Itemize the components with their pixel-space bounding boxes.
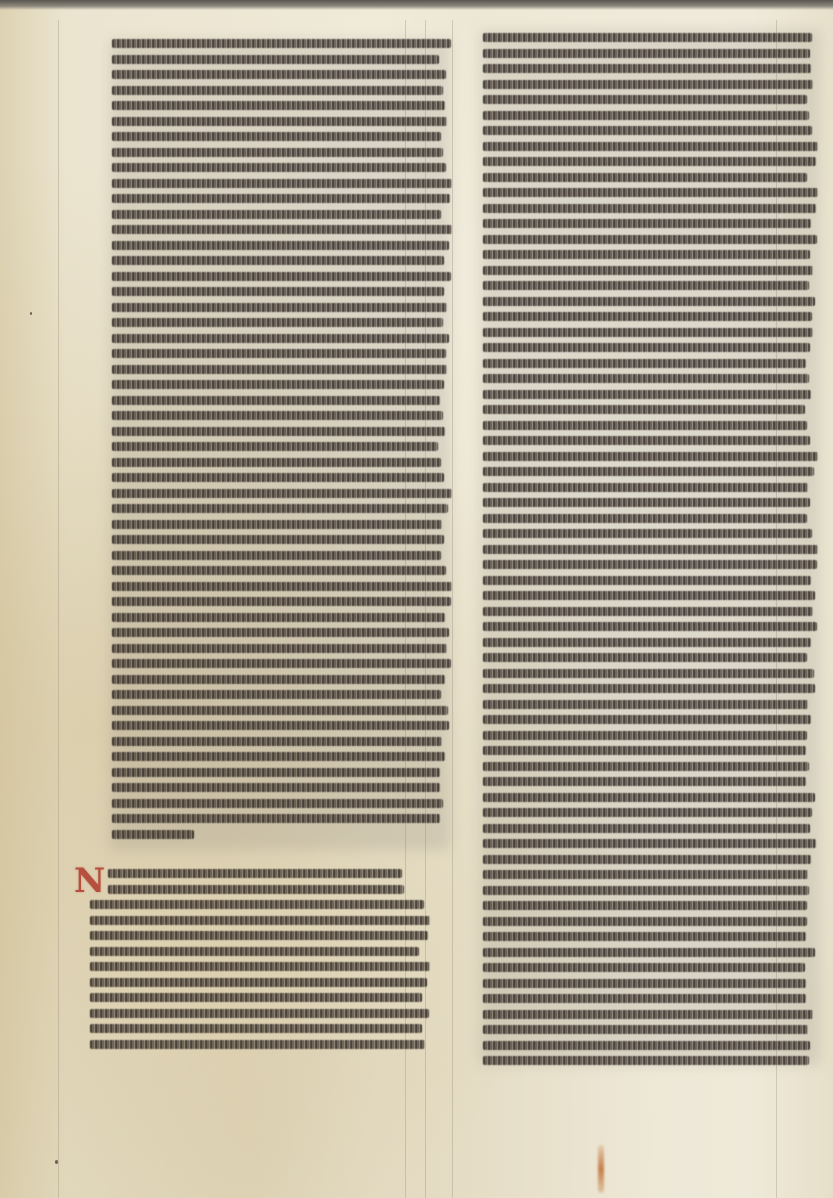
script-line [483,867,818,883]
script-line [90,959,430,975]
script-line [112,377,452,393]
script-line [112,83,452,99]
script-line [112,532,452,548]
script-line [112,703,452,719]
script-line [90,1021,430,1037]
script-line [483,1038,818,1054]
script-line [112,439,452,455]
script-line [112,486,452,502]
script-line [90,944,430,960]
script-line [112,610,452,626]
script-line [483,340,818,356]
script-line [112,362,452,378]
script-line [112,501,452,517]
script-line [483,216,818,232]
script-line [112,455,452,471]
script-line [483,123,818,139]
script-line [112,114,452,130]
script-line [483,836,818,852]
script-line [483,852,818,868]
script-line [483,185,818,201]
script-line [112,191,452,207]
rust-stain [598,1145,604,1193]
script-line [483,743,818,759]
script-line [483,929,818,945]
script-line [483,588,818,604]
script-line [483,883,818,899]
script-line [112,145,452,161]
script-line [483,1007,818,1023]
script-line [483,526,818,542]
script-line [483,976,818,992]
script-line [483,805,818,821]
script-line [483,991,818,1007]
left-column-paragraph-2 [90,866,430,1052]
script-line [483,201,818,217]
ink-speck [55,1160,58,1164]
script-line [483,666,818,682]
script-line [483,30,818,46]
script-line [483,495,818,511]
ink-speck [30,312,32,315]
script-line [483,402,818,418]
script-line [483,1053,818,1069]
script-line [483,712,818,728]
script-line [483,108,818,124]
script-line [112,408,452,424]
script-line [112,98,452,114]
script-line [112,734,452,750]
script-line [483,170,818,186]
script-line [483,464,818,480]
script-line [112,238,452,254]
right-column-text [483,30,818,1069]
script-line [112,393,452,409]
script-line [483,139,818,155]
script-line [483,247,818,263]
script-line [112,207,452,223]
script-line [483,635,818,651]
script-line [112,470,452,486]
script-line [90,990,430,1006]
script-line [483,945,818,961]
script-line [112,796,452,812]
script-line [483,759,818,775]
script-line [483,790,818,806]
script-line [483,418,818,434]
left-column-text [112,36,452,842]
script-line [483,821,818,837]
script-line [112,269,452,285]
script-line [112,160,452,176]
script-line [112,641,452,657]
script-line [90,866,430,882]
script-line [483,557,818,573]
script-line [112,656,452,672]
script-line [483,387,818,403]
script-line [483,511,818,527]
script-line [112,718,452,734]
script-line [483,604,818,620]
script-line [483,697,818,713]
script-line [483,681,818,697]
script-line [483,433,818,449]
script-line [112,284,452,300]
script-line [483,480,818,496]
script-line [483,356,818,372]
script-line [112,253,452,269]
script-line [112,222,452,238]
script-line [112,424,452,440]
script-line [112,346,452,362]
script-line [112,687,452,703]
script-line [483,263,818,279]
script-line [112,780,452,796]
script-line [90,975,430,991]
script-line [112,548,452,564]
script-line [90,897,430,913]
script-line [112,811,452,827]
script-line [483,914,818,930]
script-line [90,882,430,898]
page-top-shadow [0,0,833,10]
script-line [90,913,430,929]
script-line [483,325,818,341]
script-line [483,61,818,77]
script-line [112,176,452,192]
script-line [90,1037,430,1053]
script-line [112,129,452,145]
script-line [483,898,818,914]
script-line [90,1006,430,1022]
script-line [483,278,818,294]
script-line [483,1022,818,1038]
script-line [483,774,818,790]
script-line [483,573,818,589]
script-line [112,672,452,688]
script-line [483,960,818,976]
script-line [112,300,452,316]
script-line [483,92,818,108]
ruling-line [58,20,59,1198]
script-line [483,371,818,387]
script-line [483,542,818,558]
script-line [112,67,452,83]
script-line [483,728,818,744]
script-line [112,749,452,765]
script-line [112,563,452,579]
script-line [112,315,452,331]
script-line [483,77,818,93]
script-line [112,579,452,595]
script-line [483,309,818,325]
script-line [483,619,818,635]
script-line [112,52,452,68]
script-line [112,517,452,533]
ruling-line [452,20,453,1198]
script-line [483,46,818,62]
manuscript-page: N te dre cine nom gothic textualis (Lati… [0,0,833,1198]
script-line [112,765,452,781]
script-line [483,154,818,170]
script-line [112,331,452,347]
script-line [483,449,818,465]
script-line [112,594,452,610]
script-line [112,827,452,843]
script-line [483,650,818,666]
script-line [112,36,452,52]
script-line [483,232,818,248]
script-line [90,928,430,944]
script-line [112,625,452,641]
script-line [483,294,818,310]
